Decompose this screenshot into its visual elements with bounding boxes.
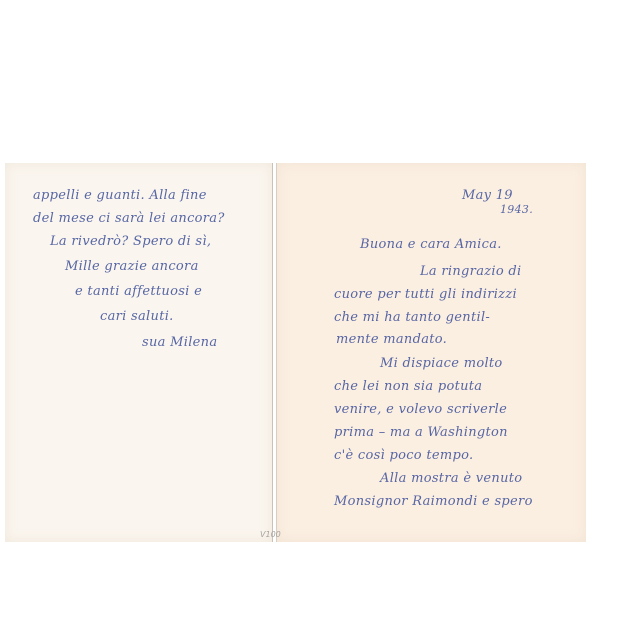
pencil-note: V100	[260, 530, 281, 539]
right-line-5: Mi dispiace molto	[380, 356, 503, 371]
right-line-7: venire, e volevo scriverle	[334, 402, 507, 417]
left-line-5: e tanti affettuosi e	[75, 284, 202, 299]
left-line-4: Mille grazie ancora	[65, 259, 199, 274]
left-line-1: appelli e guanti. Alla fine	[33, 188, 207, 203]
left-line-6: cari saluti.	[100, 309, 174, 324]
right-line-11: Monsignor Raimondi e spero	[334, 494, 533, 509]
right-line-6: che lei non sia potuta	[334, 379, 482, 394]
right-line-1: La ringrazio di	[420, 264, 522, 279]
signature: sua Milena	[142, 335, 217, 350]
right-line-9: c'è così poco tempo.	[334, 448, 473, 463]
right-line-2: cuore per tutti gli indirizzi	[334, 287, 517, 302]
right-line-10: Alla mostra è venuto	[380, 471, 522, 486]
salutation: Buona e cara Amica.	[360, 237, 502, 252]
left-line-3: La rivedrò? Spero di sì,	[50, 234, 211, 249]
date-line-2: 1943.	[500, 203, 533, 216]
right-line-3: che mi ha tanto gentil-	[334, 310, 490, 325]
date-line-1: May 19	[462, 188, 513, 203]
right-line-4: mente mandato.	[336, 332, 447, 347]
right-line-8: prima – ma a Washington	[334, 425, 508, 440]
left-line-2: del mese ci sarà lei ancora?	[33, 211, 225, 226]
